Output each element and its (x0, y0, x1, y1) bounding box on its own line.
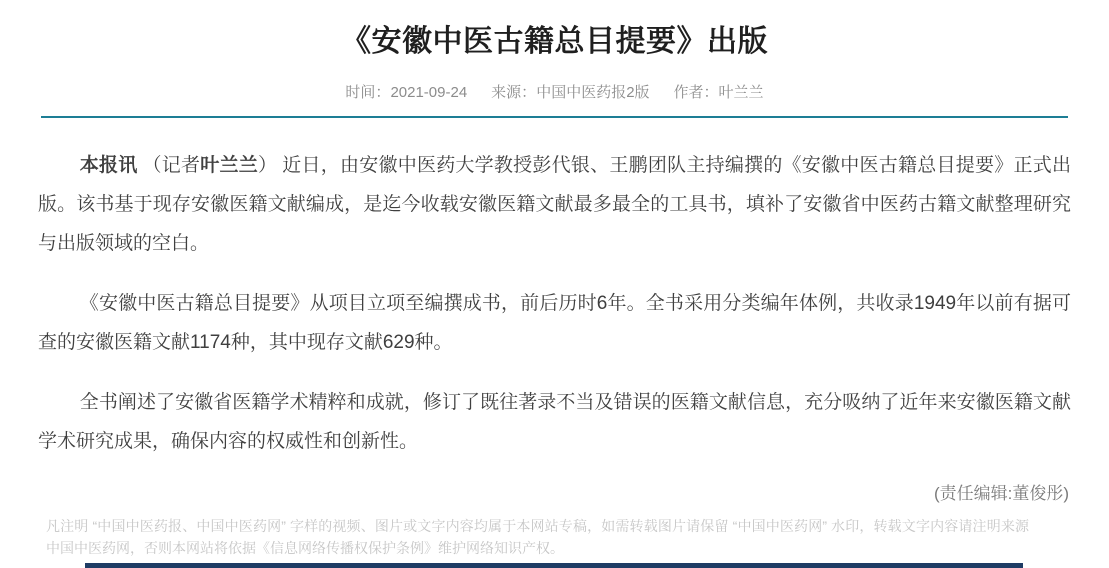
meta-author-label: 作者： (674, 84, 719, 101)
paragraph-1-reporter-prefix: （记者 (143, 155, 201, 176)
meta-time-value: 2021-09-24 (390, 84, 467, 101)
paragraph-1: 本报讯（记者叶兰兰）近日，由安徽中医药大学教授彭代银、王鹏团队主持编撰的《安徽中… (38, 146, 1071, 263)
footer-bar (85, 563, 1023, 568)
editor-credit: (责任编辑:董俊彤) (0, 482, 1109, 506)
paragraph-2: 《安徽中医古籍总目提要》从项目立项至编撰成书，前后历时6年。全书采用分类编年体例… (38, 284, 1071, 362)
article-page: 《安徽中医古籍总目提要》出版 时间：2021-09-24 来源：中国中医药报2版… (0, 0, 1109, 568)
footer-disclaimer: 凡注明 “中国中医药报、中国中医药网” 字样的视频、图片或文字内容均属于本网站专… (0, 515, 1109, 559)
article-meta: 时间：2021-09-24 来源：中国中医药报2版 作者：叶兰兰 (0, 85, 1109, 101)
article-body: 本报讯（记者叶兰兰）近日，由安徽中医药大学教授彭代银、王鹏团队主持编撰的《安徽中… (0, 146, 1109, 461)
paragraph-1-reporter-name: 叶兰兰 (200, 155, 258, 176)
meta-time-label: 时间： (345, 84, 390, 101)
paragraph-3: 全书阐述了安徽省医籍学术精粹和成就，修订了既往著录不当及错误的医籍文献信息，充分… (38, 383, 1071, 461)
paragraph-1-lead: 本报讯 (80, 155, 138, 176)
meta-source-value: 中国中医药报2版 (536, 84, 649, 101)
meta-source: 来源：中国中医药报2版 (491, 85, 649, 101)
meta-author: 作者：叶兰兰 (674, 85, 764, 101)
meta-author-value: 叶兰兰 (719, 84, 764, 101)
header-divider (41, 116, 1068, 118)
meta-time: 时间：2021-09-24 (345, 85, 467, 101)
page-title: 《安徽中医古籍总目提要》出版 (0, 0, 1109, 59)
paragraph-1-reporter-suffix: ） (258, 155, 277, 176)
meta-source-label: 来源： (491, 84, 536, 101)
